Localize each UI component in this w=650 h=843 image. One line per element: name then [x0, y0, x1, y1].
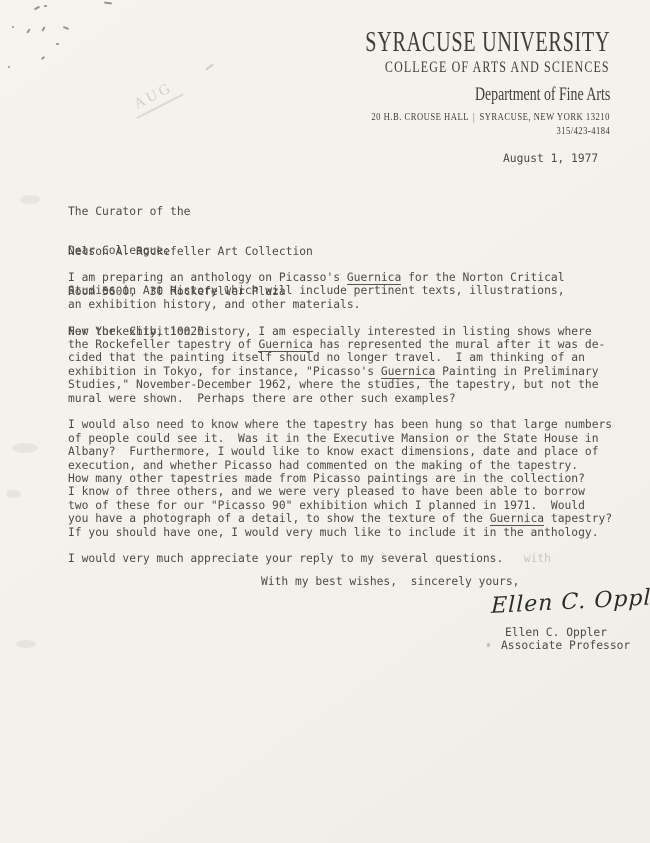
letterhead-college-name: COLLEGE OF ARTS AND SCIENCES: [385, 59, 610, 77]
pencil-mark: [104, 1, 112, 4]
body-text: the Rockefeller tapestry of: [68, 338, 258, 351]
pencil-mark: [26, 28, 31, 33]
body-text: Painting in Preliminary: [435, 365, 598, 378]
body-text: you have a photograph of a detail, to sh…: [68, 512, 490, 525]
paper-smudge: [6, 490, 21, 498]
paper-smudge: [20, 195, 40, 204]
signature-typed-title: Associate Professor: [501, 639, 630, 652]
paragraph: I would also need to know where the tape…: [68, 418, 628, 539]
body-text: Studies in Art History which will includ…: [68, 284, 565, 297]
pencil-mark: [63, 26, 69, 30]
body-line: Studies," November-December 1962, where …: [68, 378, 628, 391]
body-text: How many other tapestries made from Pica…: [68, 472, 585, 485]
body-line: execution, and whether Picasso had comme…: [68, 459, 628, 472]
closing-line: With my best wishes, sincerely yours,: [261, 575, 519, 588]
letterhead-university-name: SYRACUSE UNIVERSITY: [365, 27, 610, 59]
body-text: of people could see it. Was it in the Ex…: [68, 432, 599, 445]
body-line: of people could see it. Was it in the Ex…: [68, 432, 628, 445]
body-line: Albany? Furthermore, I would like to kno…: [68, 445, 628, 458]
body-line: you have a photograph of a detail, to sh…: [68, 512, 628, 525]
salutation: Dear Colleague:: [68, 244, 170, 257]
body-line: an exhibition history, and other materia…: [68, 298, 628, 311]
letterhead-address: 20 H.B. CROUSE HALL | SYRACUSE, NEW YORK…: [371, 112, 610, 123]
body-line: the Rockefeller tapestry of Guernica has…: [68, 338, 628, 351]
pencil-mark: [41, 56, 45, 60]
letterhead-address-city: SYRACUSE, NEW YORK 13210: [480, 112, 610, 123]
body-text: two of these for our "Picasso 90" exhibi…: [68, 499, 585, 512]
body-text: has represented the mural after it was d…: [313, 338, 605, 351]
pencil-mark: [205, 64, 214, 71]
body-line: cided that the painting itself should no…: [68, 351, 628, 364]
paragraph: I would very much appreciate your reply …: [68, 552, 628, 565]
body-text: cided that the painting itself should no…: [68, 351, 585, 364]
pencil-mark: [12, 26, 14, 28]
letterhead-address-hall: 20 H.B. CROUSE HALL: [371, 112, 468, 123]
body-text: If you should have one, I would very muc…: [68, 526, 599, 539]
body-text: for the Norton Critical: [401, 271, 564, 284]
paper-smudge: [12, 443, 38, 453]
letterhead-department-name: Department of Fine Arts: [475, 84, 610, 106]
body-line: I know of three others, and we were very…: [68, 485, 628, 498]
body-text: [503, 552, 523, 565]
underlined-text: Guernica: [347, 271, 401, 285]
pencil-mark: [56, 43, 59, 45]
body-line: mural were shown. Perhaps there are othe…: [68, 392, 628, 405]
body-line: Studies in Art History which will includ…: [68, 284, 628, 297]
body-text: I know of three others, and we were very…: [68, 485, 585, 498]
body-text: Studies," November-December 1962, where …: [68, 378, 599, 391]
body-line: I would very much appreciate your reply …: [68, 552, 628, 565]
underlined-text: Guernica: [258, 338, 312, 352]
body-text: I am preparing an anthology on Picasso's: [68, 271, 347, 284]
underlined-text: Guernica: [490, 512, 544, 526]
faint-erased-text: with: [524, 552, 551, 565]
body-text: For the exhibition history, I am especia…: [68, 325, 592, 338]
underlined-text: Guernica: [381, 365, 435, 379]
letterhead-address-separator: |: [471, 112, 476, 123]
body-line: How many other tapestries made from Pica…: [68, 472, 628, 485]
body-line: If you should have one, I would very muc…: [68, 526, 628, 539]
body-text: I would very much appreciate your reply …: [68, 552, 503, 565]
body-line: two of these for our "Picasso 90" exhibi…: [68, 499, 628, 512]
body-text: mural were shown. Perhaps there are othe…: [68, 392, 456, 405]
pencil-mark: [41, 26, 45, 31]
handwritten-signature: Ellen C. Oppler: [491, 584, 650, 619]
body-line: I would also need to know where the tape…: [68, 418, 628, 431]
pencil-mark: [486, 643, 490, 648]
body-text: I would also need to know where the tape…: [68, 418, 612, 431]
pencil-mark: [44, 5, 47, 7]
body-text: execution, and whether Picasso had comme…: [68, 459, 578, 472]
letterhead-phone: 315/423-4184: [556, 126, 610, 137]
paper-smudge: [16, 640, 36, 648]
paragraph: For the exhibition history, I am especia…: [68, 325, 628, 405]
body-line: I am preparing an anthology on Picasso's…: [68, 271, 628, 284]
letter-body: I am preparing an anthology on Picasso's…: [68, 271, 628, 579]
body-text: Albany? Furthermore, I would like to kno…: [68, 445, 599, 458]
date-line: August 1, 1977: [503, 152, 598, 165]
received-stamp: AUG: [131, 80, 176, 114]
letter-page: AUG SYRACUSE UNIVERSITY COLLEGE OF ARTS …: [0, 0, 650, 843]
paragraph: I am preparing an anthology on Picasso's…: [68, 271, 628, 311]
body-text: tapestry?: [544, 512, 612, 525]
body-text: exhibition in Tokyo, for instance, "Pica…: [68, 365, 381, 378]
signature-typed-name: Ellen C. Oppler: [505, 626, 607, 639]
pencil-mark: [8, 66, 10, 68]
body-line: For the exhibition history, I am especia…: [68, 325, 628, 338]
body-text: an exhibition history, and other materia…: [68, 298, 360, 311]
body-line: exhibition in Tokyo, for instance, "Pica…: [68, 365, 628, 378]
pencil-mark: [34, 6, 40, 11]
recipient-line: The Curator of the: [68, 205, 313, 218]
